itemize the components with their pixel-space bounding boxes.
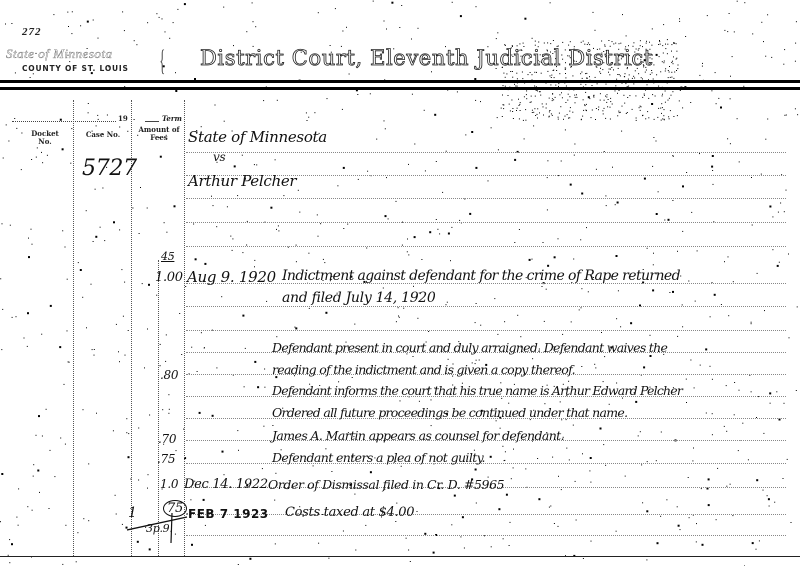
seal-mark: 272 [22,26,42,38]
entry-date: Aug 9. 1920 [187,268,276,286]
amount-of-fees-header: Amount of Fees [133,126,185,142]
column-divider [73,100,74,556]
docket-page: 272 State of Minnesota COUNTY OF ST. LOU… [0,0,800,566]
defendant-name: Arthur Pelcher [188,172,296,190]
fee-amount: .80 [160,368,178,382]
entry-text: Ordered all future proceedings be contin… [272,405,627,420]
header-rule-top [0,80,800,83]
entry-text: reading of the indictment and is given a… [272,362,575,377]
entry-text: and filed July 14, 1920 [282,290,436,306]
filed-date-stamp: FEB 7 1923 [188,507,269,521]
ruled-line [186,330,786,331]
entry-date: Dec 14. 1922 [184,477,268,492]
state-label: State of Minnesota [6,46,113,62]
entry-text: Indictment against defendant for the cri… [282,268,680,284]
entry-text: Defendant present in court and duly arra… [272,340,667,355]
fee-amount: .70 [158,432,176,446]
case-no-header: Case No. [78,131,128,139]
versus-label: vs [213,150,225,164]
fee-amount: 1.0 [160,477,178,491]
entry-text: Defendant enters a plea of not guilty. [272,450,485,465]
ruled-line [186,152,786,153]
case-number: 5727 [82,156,137,181]
term-blank [145,121,159,122]
term-label: Term [162,115,182,123]
ruled-line [186,306,786,307]
margin-slash [125,505,195,545]
court-title: District Court, Eleventh Judicial Distri… [200,46,653,70]
entry-text: James A. Martin appears as counsel for d… [272,428,564,443]
page-bottom-rule [0,556,800,557]
fee-amount: .75 [157,452,175,466]
county-label: COUNTY OF ST. LOUIS [22,64,129,73]
entry-text: Defendant informs the court that his tru… [272,383,682,398]
year-blank [12,121,116,122]
ruled-line [186,535,786,536]
ruled-line [186,222,786,223]
header-rule-bottom [0,87,800,90]
docket-no-header: Docket No. [25,130,65,146]
fee-amount: 45 [161,250,174,263]
brace-divider: { [159,44,165,78]
ruled-line [186,246,786,247]
fee-amount: 1.00 [155,270,183,285]
entry-text: Order of Dismissal filed in Cr. D. #5965 [268,477,504,492]
ruled-line [186,514,786,515]
year-suffix: 19 [118,115,128,123]
entry-text: Costs taxed at $4.00 [285,505,414,520]
plaintiff-name: State of Minnesota [188,128,327,146]
ruled-line [186,198,786,199]
